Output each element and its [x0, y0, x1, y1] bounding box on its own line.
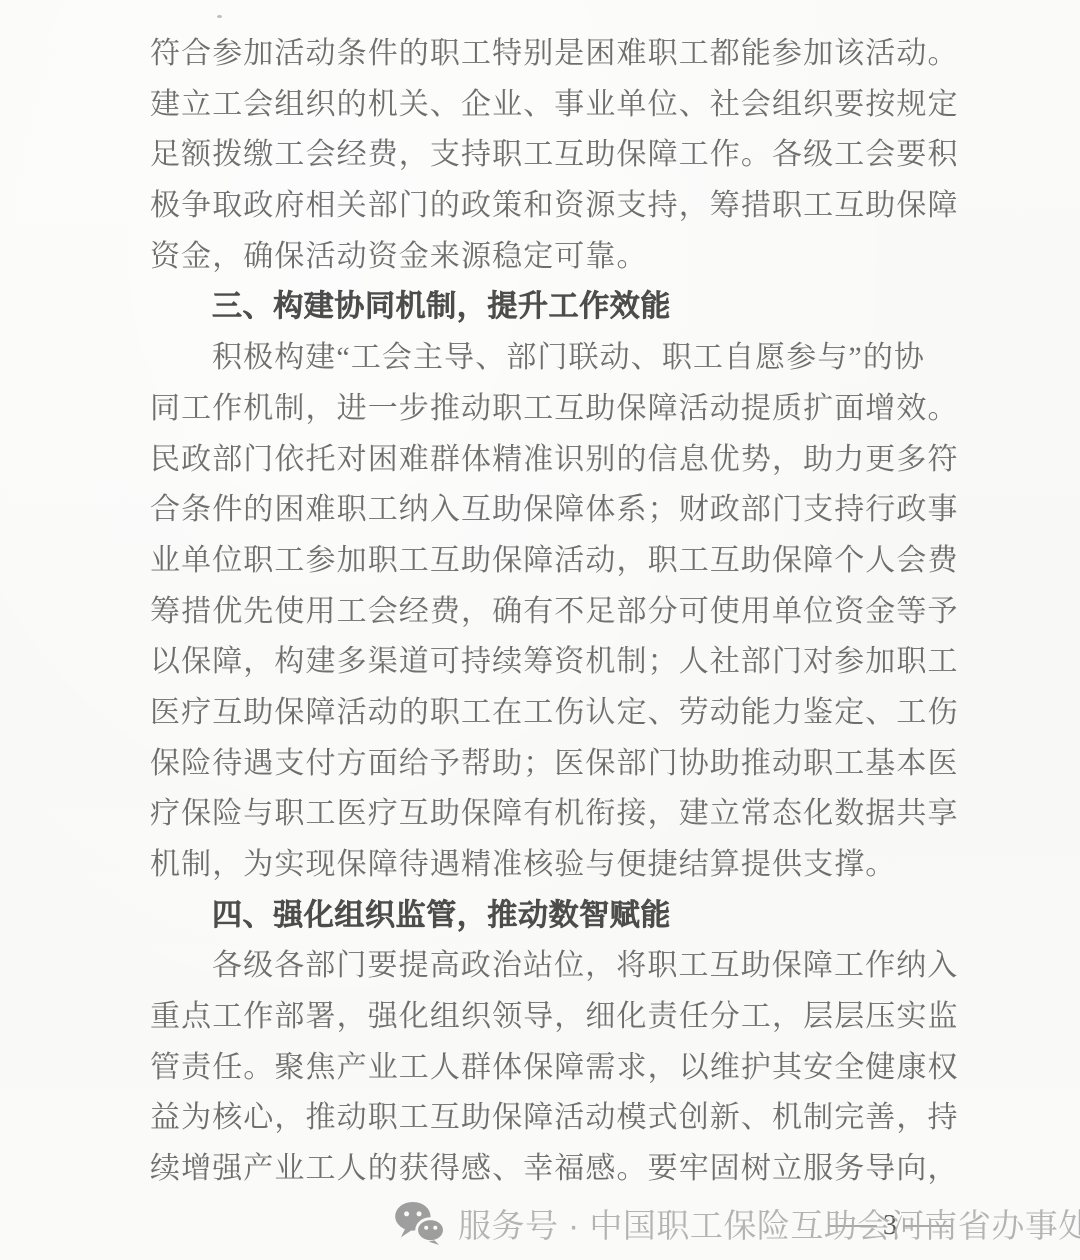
section-heading: 四、强化组织监管，推动数智赋能 — [150, 891, 962, 942]
text-line: 积极构建“工会主导、部门联动、职工自愿参与”的协 — [150, 333, 962, 384]
text-line: 合条件的困难职工纳入互助保障体系；财政部门支持行政事 — [150, 485, 962, 536]
document-body: 符合参加活动条件的职工特别是困难职工都能参加该活动。建立工会组织的机关、企业、事… — [150, 29, 962, 1195]
scan-speck — [655, 44, 659, 47]
text-line: 资金，确保活动资金来源稳定可靠。 — [150, 232, 962, 283]
text-line: 同工作机制，进一步推动职工互助保障活动提质扩面增效。 — [150, 384, 962, 435]
scanned-document-page: 符合参加活动条件的职工特别是困难职工都能参加该活动。建立工会组织的机关、企业、事… — [0, 0, 1080, 1260]
text-line: 各级各部门要提高政治站位，将职工互助保障工作纳入 — [150, 941, 962, 992]
text-line: 疗保险与职工医疗互助保障有机衔接，建立常态化数据共享 — [150, 789, 962, 840]
text-line: 机制，为实现保障待遇精准核验与便捷结算提供支撑。 — [150, 840, 962, 891]
text-line: 符合参加活动条件的职工特别是困难职工都能参加该活动。 — [150, 29, 962, 80]
text-line: 民政部门依托对困难群体精准识别的信息优势，助力更多符 — [150, 435, 962, 486]
text-line: 管责任。聚焦产业工人群体保障需求，以维护其安全健康权 — [150, 1043, 962, 1094]
text-line: 以保障，构建多渠道可持续筹资机制；人社部门对参加职工 — [150, 637, 962, 688]
text-line: 医疗互助保障活动的职工在工伤认定、劳动能力鉴定、工伤 — [150, 688, 962, 739]
text-line: 续增强产业工人的获得感、幸福感。要牢固树立服务导向， — [150, 1144, 962, 1195]
text-line: 保险待遇支付方面给予帮助；医保部门协助推动职工基本医 — [150, 739, 962, 790]
text-line: 建立工会组织的机关、企业、事业单位、社会组织要按规定 — [150, 80, 962, 131]
text-line: 业单位职工参加职工互助保障活动，职工互助保障个人会费 — [150, 536, 962, 587]
text-line: 重点工作部署，强化组织领导，细化责任分工，层层压实监 — [150, 992, 962, 1043]
section-heading: 三、构建协同机制，提升工作效能 — [150, 282, 962, 333]
text-line: 极争取政府相关部门的政策和资源支持，筹措职工互助保障 — [150, 181, 962, 232]
footer-watermark: 服务号 · 中国职工保险互助会河南省办事处 — [394, 1194, 1080, 1252]
scan-speck — [217, 15, 222, 18]
text-line: 筹措优先使用工会经费，确有不足部分可使用单位资金等予 — [150, 587, 962, 638]
text-line: 足额拨缴工会经费，支持职工互助保障工作。各级工会要积 — [150, 130, 962, 181]
wechat-icon — [394, 1201, 446, 1245]
text-line: 益为核心，推动职工互助保障活动模式创新、机制完善，持 — [150, 1093, 962, 1144]
footer-watermark-text: 服务号 · 中国职工保险互助会河南省办事处 — [458, 1200, 1080, 1247]
